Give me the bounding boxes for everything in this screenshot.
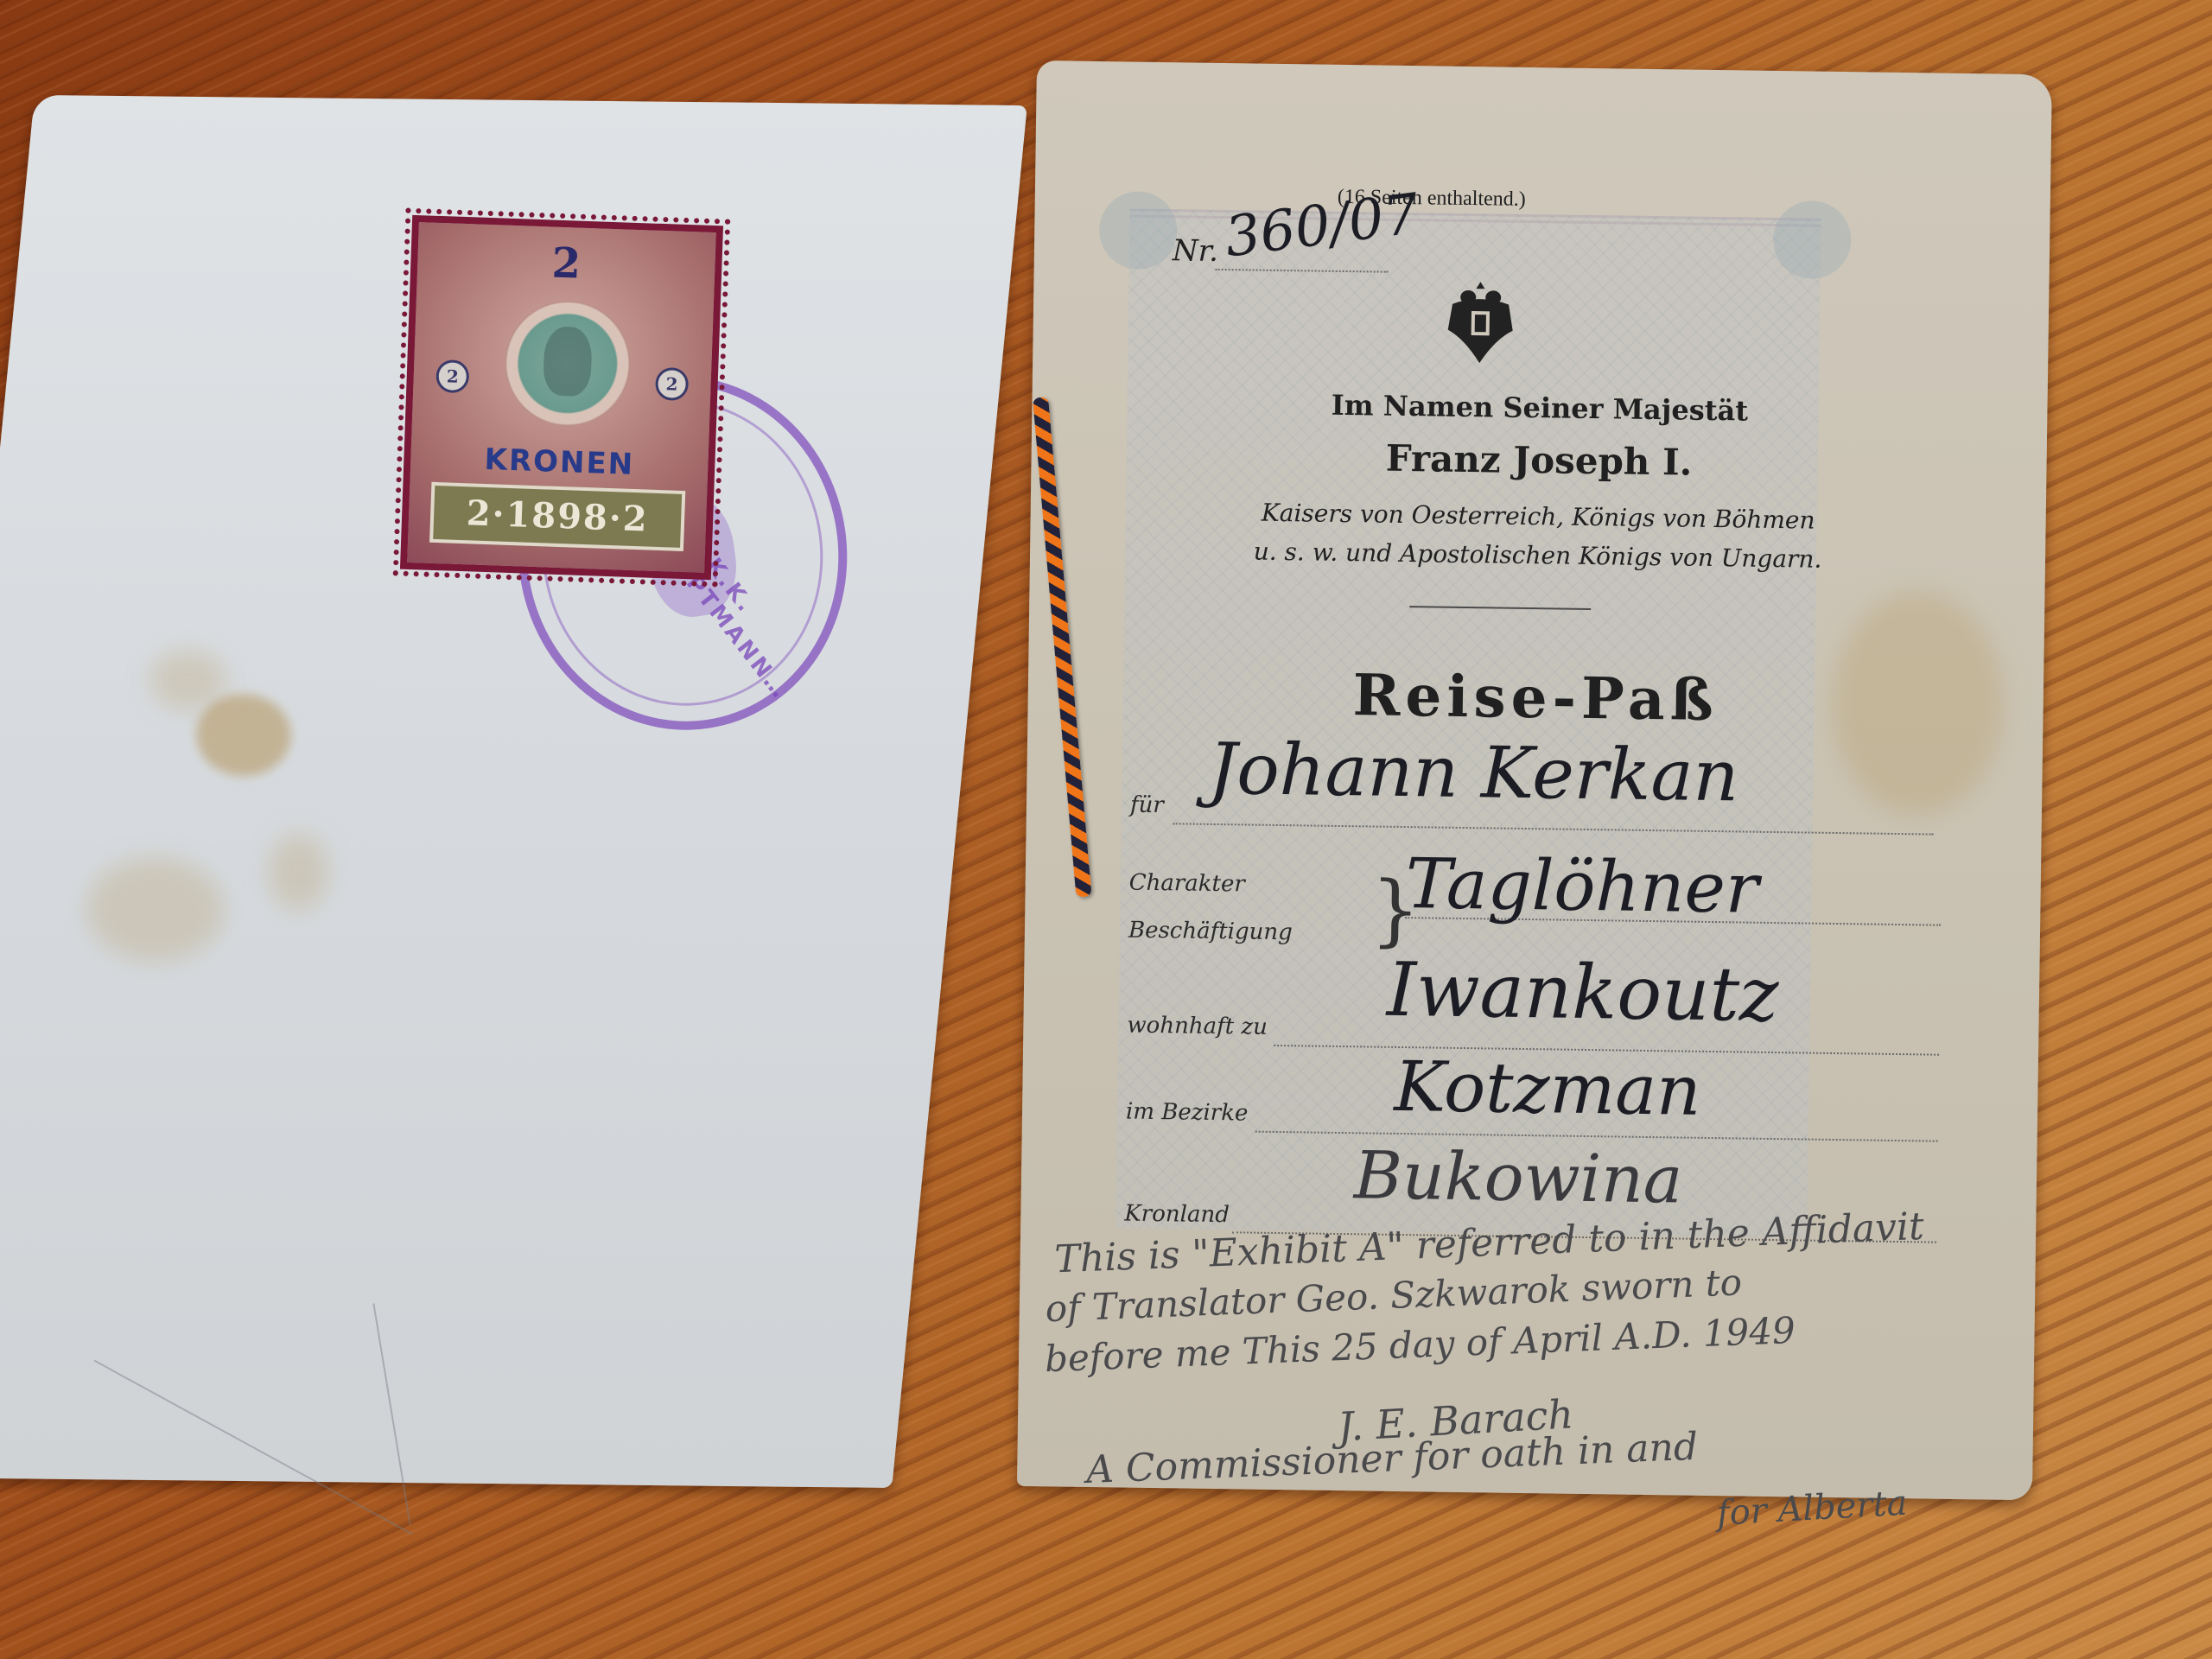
paper-crease [94,1360,413,1535]
field-label-district: im Bezirke [1126,1099,1249,1127]
passport-number-label: Nr. [1173,233,1219,269]
paper-crease [372,1303,410,1525]
document-title: Reise-Paß [1027,657,2044,738]
rosette-right-icon [1773,200,1852,279]
field-label-occupation: Beschäftigung [1128,918,1293,946]
field-label-residence: wohnhaft zu [1127,1013,1268,1040]
emperor-head-icon [543,326,593,397]
field-label-for: für [1130,792,1164,819]
field-value-residence: Iwankoutz [1386,947,1779,1039]
water-stain [196,694,292,777]
field-label-crown-land: Kronland [1124,1201,1230,1229]
field-value-district: Kotzman [1394,1046,1701,1131]
stamp-side-value-left: 2 [435,359,469,393]
right-page: (16 Seiten enthaltend.) Nr. 360/07 Im Na… [1017,60,2052,1500]
field-value-name: Johann Kerkan [1208,728,1739,818]
commissioner-title-line-2: for Alberta [1716,1484,1909,1534]
water-stain [86,856,225,962]
water-stain [268,833,329,912]
stamp-currency: KRONEN [410,440,709,485]
stamp-year-panel: 2·1898·2 [429,482,685,551]
field-label-character: Charakter [1129,870,1245,898]
field-value-occupation: Taglöhner [1405,843,1759,929]
stamp-side-value-right: 2 [655,367,689,401]
revenue-stamp: 2 2 2 KRONEN 2·1898·2 [400,215,723,580]
emperor-portrait-medallion [503,299,632,429]
field-value-crown-land: Bukowina [1353,1136,1682,1217]
water-stain [149,650,227,711]
double-headed-eagle-icon [1443,278,1517,370]
stamp-top-value: 2 [417,234,716,293]
